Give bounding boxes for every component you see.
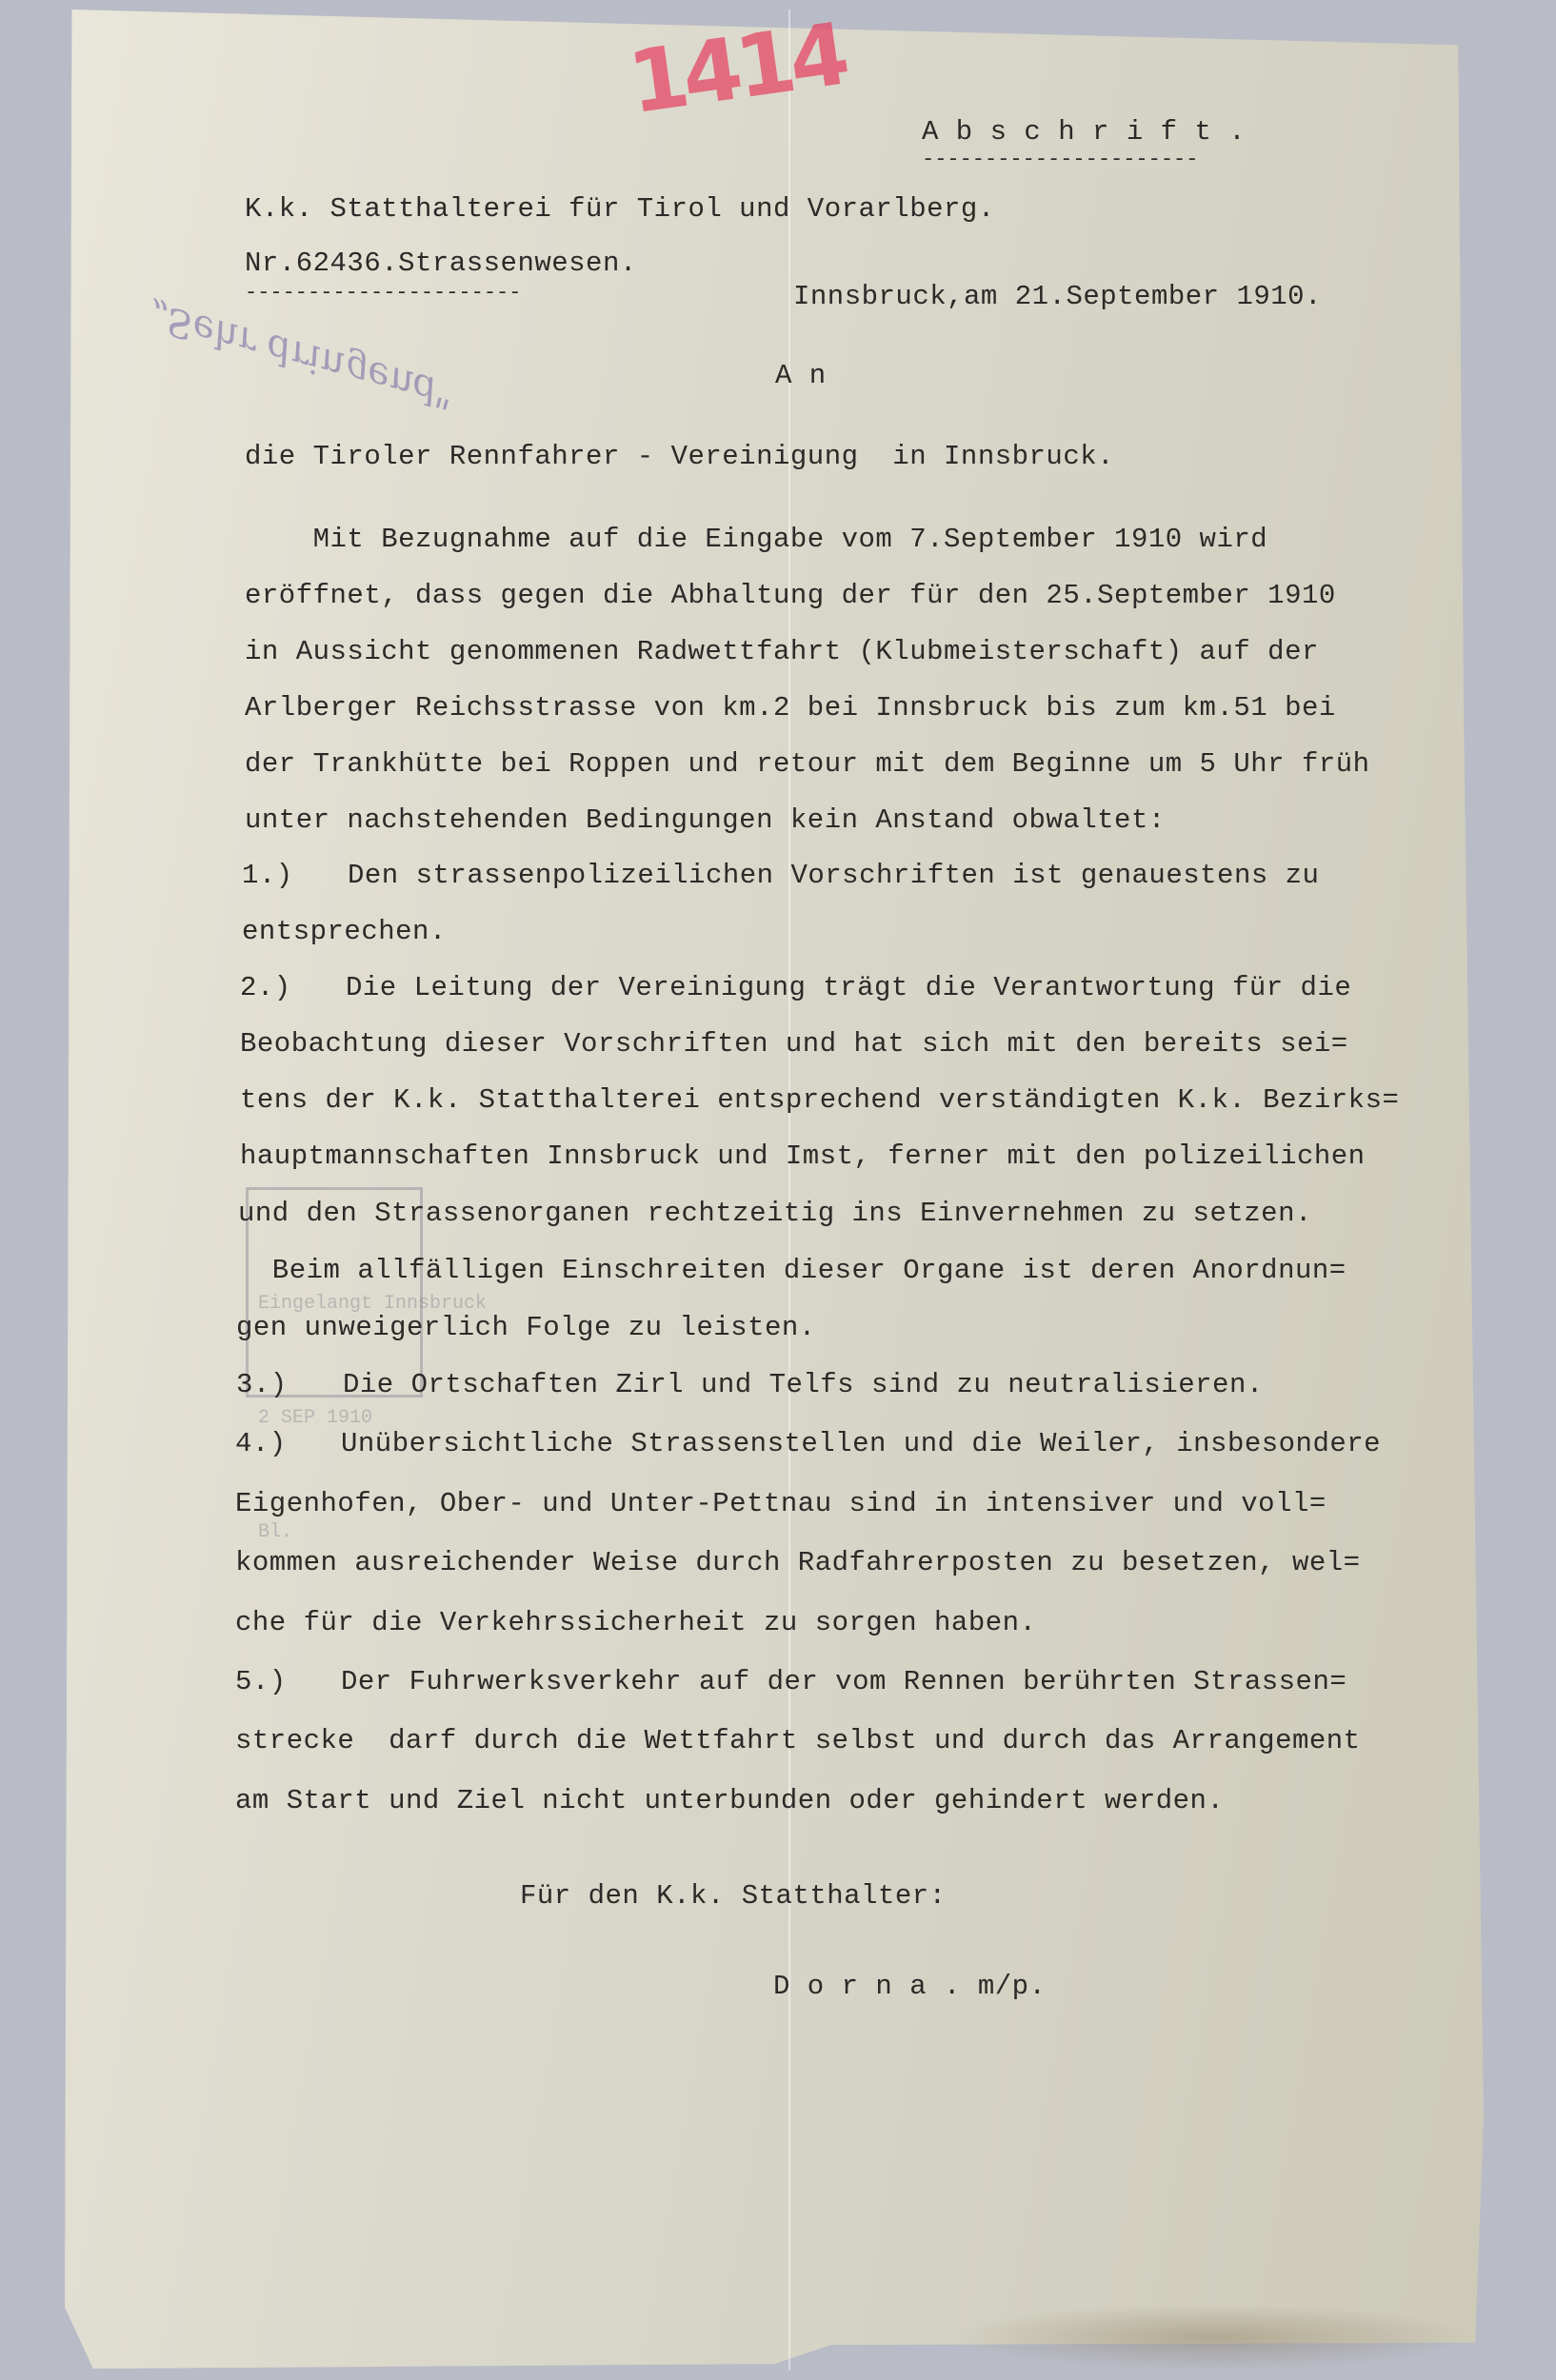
recipient: die Tiroler Rennfahrer - Vereinigung in … [245, 441, 1114, 472]
condition-line: Der Fuhrwerksverkehr auf der vom Rennen … [341, 1666, 1347, 1697]
copy-underline: ---------------------- [922, 148, 1198, 171]
authority: K.k. Statthalterei für Tirol und Vorarlb… [245, 193, 995, 225]
condition-line: Die Leitung der Vereinigung trägt die Ve… [346, 972, 1351, 1003]
condition-line: Beim allfälligen Einschreiten dieser Org… [238, 1255, 1347, 1286]
closing-line: Für den K.k. Statthalter: [520, 1880, 947, 1912]
condition-line: Unübersichtliche Strassenstellen und die… [341, 1428, 1381, 1459]
place-date: Innsbruck,am 21.September 1910. [793, 281, 1322, 312]
body-line: der Trankhütte bei Roppen und retour mit… [245, 748, 1370, 780]
condition-number: 3.) [236, 1369, 288, 1400]
condition-line: Beobachtung dieser Vorschriften und hat … [240, 1028, 1348, 1060]
body-line: Arlberger Reichsstrasse von km.2 bei Inn… [245, 692, 1336, 724]
condition-line: Eigenhofen, Ober- und Unter-Pettnau sind… [235, 1488, 1327, 1519]
condition-number: 5.) [235, 1666, 287, 1697]
condition-line: Den strassenpolizeilichen Vorschriften i… [348, 860, 1319, 891]
condition-number: 1.) [242, 860, 293, 891]
copy-label: A b s c h r i f t . [922, 116, 1246, 148]
stamp-line: Bl. [258, 1514, 487, 1552]
condition-line: entsprechen. [242, 916, 447, 947]
condition-line: gen unweigerlich Folge zu leisten. [236, 1312, 816, 1343]
condition-line: am Start und Ziel nicht unterbunden oder… [235, 1785, 1224, 1816]
condition-line: und den Strassenorganen rechtzeitig ins … [238, 1198, 1312, 1229]
signature: D o r n a . m/p. [773, 1971, 1046, 2002]
reference-underline: ---------------------- [245, 281, 521, 305]
body-line: Mit Bezugnahme auf die Eingabe vom 7.Sep… [245, 524, 1267, 555]
condition-number: 2.) [240, 972, 291, 1003]
condition-line: tens der K.k. Statthalterei entsprechend… [240, 1084, 1399, 1116]
condition-line: Die Ortschaften Zirl und Telfs sind zu n… [343, 1369, 1264, 1400]
to-label: A n [775, 360, 827, 391]
reference-number: Nr.62436.Strassenwesen. [245, 248, 637, 279]
condition-line: kommen ausreichender Weise durch Radfahr… [235, 1547, 1361, 1578]
condition-line: che für die Verkehrssicherheit zu sorgen… [235, 1607, 1036, 1638]
condition-line: hauptmannschaften Innsbruck und Imst, fe… [240, 1140, 1366, 1172]
water-stain [952, 2304, 1476, 2370]
condition-line: strecke darf durch die Wettfahrt selbst … [235, 1725, 1361, 1756]
condition-number: 4.) [235, 1428, 287, 1459]
body-line: eröffnet, dass gegen die Abhaltung der f… [245, 580, 1336, 611]
body-line: unter nachstehenden Bedingungen kein Ans… [245, 804, 1166, 836]
body-line: in Aussicht genommenen Radwettfahrt (Klu… [245, 636, 1319, 667]
